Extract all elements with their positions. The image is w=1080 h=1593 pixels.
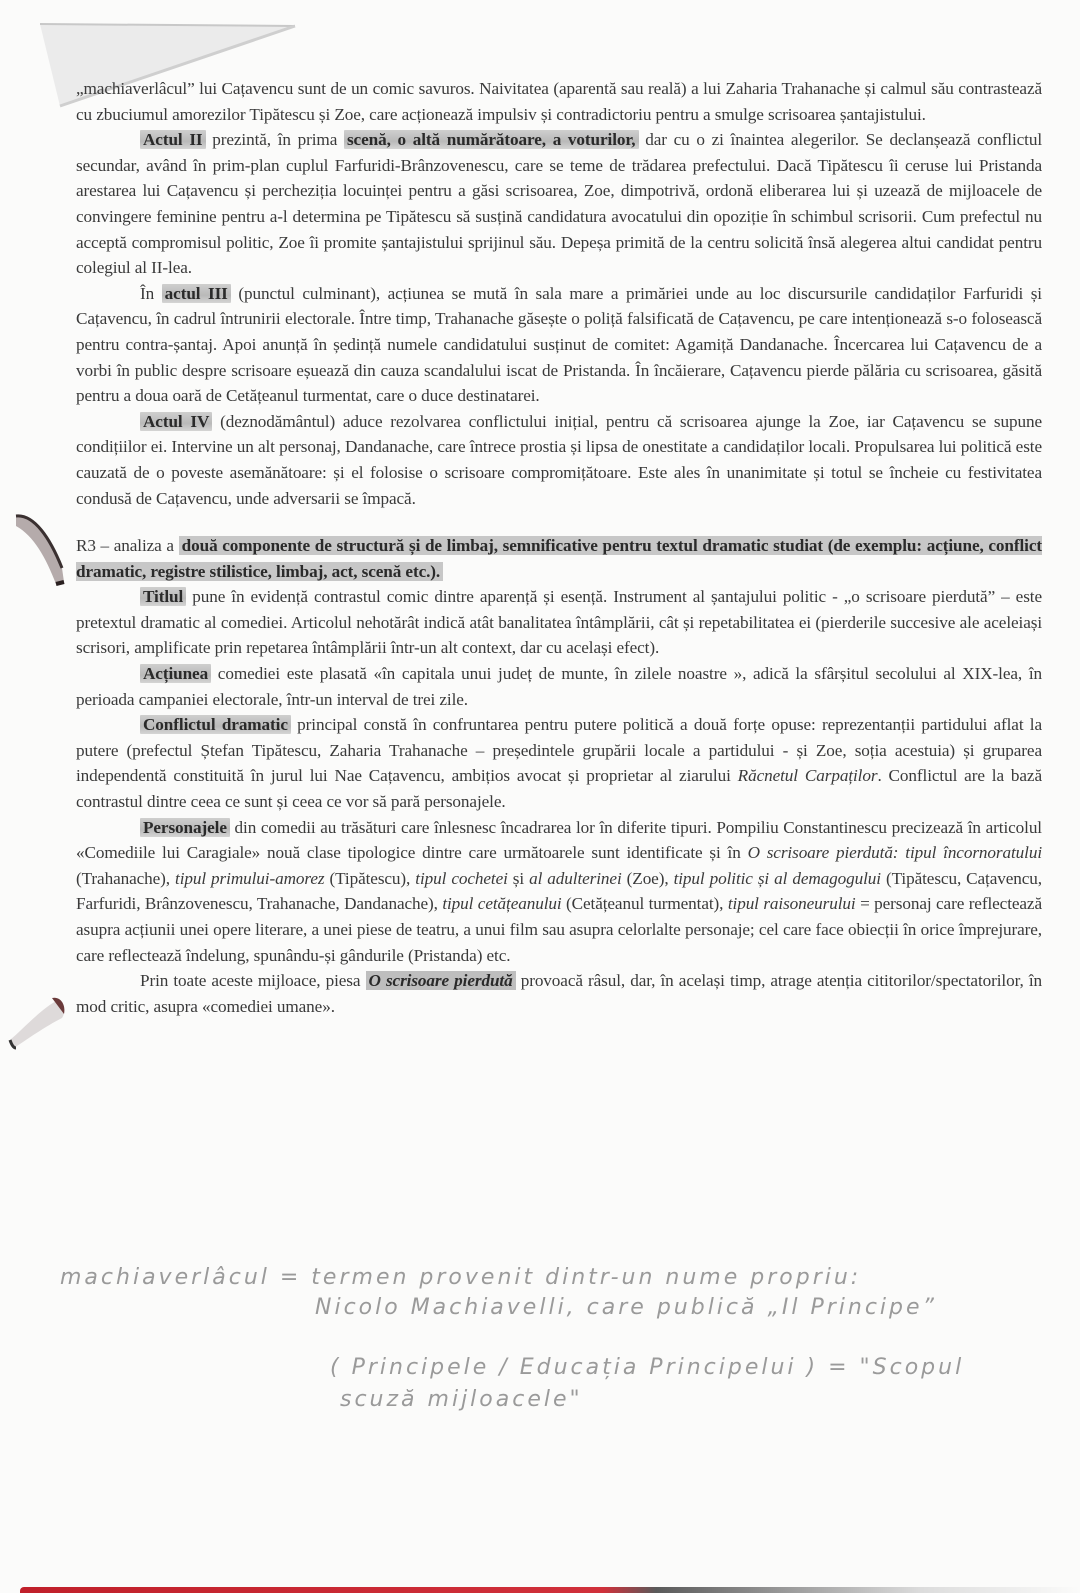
highlight-act2: Actul II (140, 130, 206, 149)
margin-clip-mark (2, 990, 66, 1050)
paragraph-act4: Actul IV (deznodământul) aduce rezolvare… (76, 409, 1042, 511)
r3-requirement-highlight: două componente de structură și de limba… (76, 536, 1042, 581)
paragraph-action-analysis: Acțiunea comediei este plasată «în capit… (76, 661, 1042, 712)
handwritten-note-line: Nicolo Machiavelli, care publică „Il Pri… (315, 1292, 937, 1324)
paragraph-act2: Actul II prezintă, în prima scenă, o alt… (76, 127, 1042, 281)
paragraph-act1-ending: „machiaverlâcul” lui Cațavencu sunt de u… (76, 76, 1042, 127)
document-page: „machiaverlâcul” lui Cațavencu sunt de u… (76, 76, 1042, 1019)
highlight-play-title: O scrisoare pierdută (366, 971, 516, 990)
handwritten-note-line: ( Principele / Educația Principelui ) = … (330, 1352, 964, 1384)
requirement-r3: R3 – analiza a două componente de struct… (76, 533, 1042, 584)
paragraph-characters-analysis: Personajele din comedii au trăsături car… (76, 815, 1042, 969)
highlight-characters: Personajele (140, 818, 230, 837)
handwritten-note-line: machiaverlâcul = termen provenit dintr-u… (60, 1262, 861, 1294)
paragraph-act3: În actul III (punctul culminant), acțiun… (76, 281, 1042, 409)
handwritten-note-line: scuză mijloacele" (340, 1384, 583, 1416)
r3-label: R3 – analiza a (76, 536, 179, 555)
highlight-scene-vote-count: scenă, o altă numărătoare, a voturilor, (344, 130, 639, 149)
paragraph-conclusion: Prin toate aceste mijloace, piesa O scri… (76, 968, 1042, 1019)
page-bottom-edge (20, 1587, 1080, 1593)
highlight-conflict: Conflictul dramatic (140, 715, 291, 734)
paragraph-conflict-analysis: Conflictul dramatic principal constă în … (76, 712, 1042, 814)
highlight-act4: Actul IV (140, 412, 212, 431)
paragraph-title-analysis: Titlul pune în evidență contrastul comic… (76, 584, 1042, 661)
highlight-action: Acțiunea (140, 664, 211, 683)
margin-clip-mark (6, 508, 70, 588)
highlight-act3: actul III (162, 284, 231, 303)
highlight-title: Titlul (140, 587, 186, 606)
